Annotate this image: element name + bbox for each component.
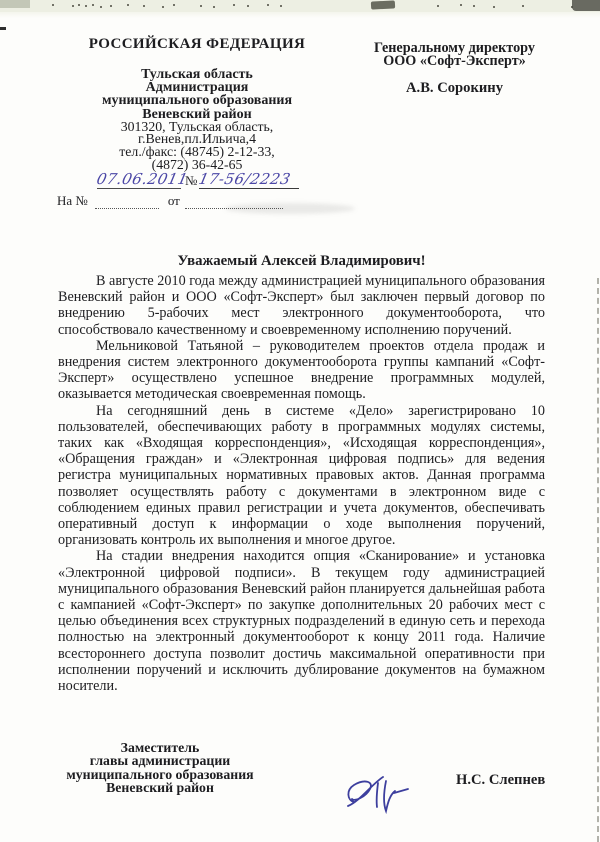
scan-artifact-specks (52, 4, 54, 6)
scanned-letter-page: РОССИЙСКАЯ ФЕДЕРАЦИЯ Тульская область Ад… (0, 0, 600, 842)
signer-name: Н.С. Слепнев (456, 772, 545, 789)
body-paragraph-3: На сегодняшний день в системе «Дело» зар… (58, 403, 545, 549)
signer-title-line4: Веневский район (50, 781, 270, 794)
recipient-block: Генеральному директору ООО «Софт-Эксперт… (352, 42, 557, 95)
body-paragraph-4: На стадии внедрения находится опция «Ска… (58, 548, 545, 694)
incoming-number-label: На № (57, 193, 88, 208)
salutation: Уважаемый Алексей Владимирович! (58, 253, 545, 270)
recipient-name: А.В. Сорокину (352, 82, 557, 95)
scan-artifact-top-fade (0, 12, 600, 18)
reference-outgoing-row: 07.06.2011№17-56/2223 (57, 170, 357, 192)
sender-letterhead: РОССИЙСКАЯ ФЕДЕРАЦИЯ Тульская область Ад… (52, 36, 342, 171)
handwritten-date: 07.06.2011 (95, 170, 190, 188)
letterhead-org-line2: муниципального образования (52, 94, 342, 107)
letterhead-country: РОССИЙСКАЯ ФЕДЕРАЦИЯ (52, 36, 342, 53)
signer-title: Заместитель главы администрации муниципа… (50, 741, 270, 795)
from-date-blank-line (185, 197, 283, 209)
letter-body: В августе 2010 года между администрацией… (58, 273, 545, 694)
scan-artifact-blob-right (572, 0, 600, 11)
scan-artifact-top-band (0, 0, 600, 12)
body-paragraph-1: В августе 2010 года между администрацией… (58, 273, 545, 338)
scan-artifact-blob-left (0, 0, 30, 8)
handwritten-signature (340, 772, 420, 820)
signer-title-line2: главы администрации (50, 754, 270, 767)
reference-incoming-row: На №от (57, 193, 357, 209)
signer-title-line3: муниципального образования (50, 768, 270, 781)
body-paragraph-2: Мельниковой Татьяной – руководителем про… (58, 338, 545, 403)
outgoing-date-line: 07.06.2011 (97, 170, 181, 189)
scan-artifact-blob-mid (371, 0, 395, 9)
incoming-number-blank-line (95, 197, 159, 209)
handwritten-number: 17-56/2223 (197, 170, 292, 188)
from-label: от (168, 193, 180, 208)
recipient-title-line2: ООО «Софт-Эксперт» (352, 55, 557, 68)
outgoing-number-line: 17-56/2223 (199, 170, 299, 189)
scan-artifact-left-dash (0, 27, 6, 30)
reference-block: 07.06.2011№17-56/2223 На №от (57, 170, 357, 209)
scan-artifact-right-edge (597, 278, 599, 842)
signer-title-line1: Заместитель (50, 741, 270, 754)
